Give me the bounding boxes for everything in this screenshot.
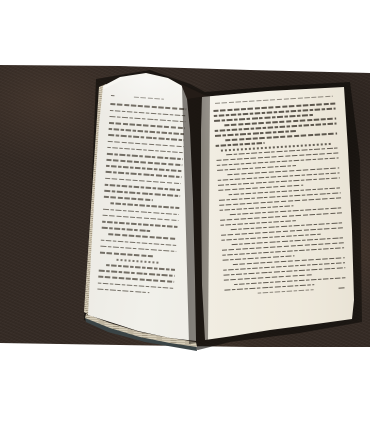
text-line [106, 264, 175, 271]
paragraph [102, 202, 180, 234]
text-line [98, 276, 174, 283]
text-line [101, 239, 177, 246]
text-line [103, 208, 179, 215]
text-line [98, 282, 174, 289]
text-line [109, 116, 185, 123]
paragraph [104, 103, 186, 203]
text-line [109, 128, 185, 135]
right-page-text [213, 96, 347, 296]
paragraph [97, 264, 175, 296]
text-line [108, 233, 177, 240]
photo-frame [0, 0, 370, 423]
text-line [110, 203, 179, 210]
section-heading-line [117, 259, 159, 264]
text-line [103, 214, 179, 221]
text-line [97, 288, 149, 293]
page-number-mark [111, 95, 116, 97]
text-line [106, 171, 182, 178]
text-line [104, 190, 180, 197]
text-line [105, 177, 181, 184]
text-line [100, 252, 153, 257]
text-line [99, 270, 175, 277]
text-line [109, 122, 185, 129]
text-line [104, 196, 153, 201]
paragraph [100, 233, 177, 259]
text-line [107, 147, 183, 154]
text-line [108, 134, 184, 141]
text-line [102, 221, 178, 228]
text-line [106, 165, 182, 172]
text-line [110, 103, 186, 110]
text-line [107, 153, 183, 160]
text-line [102, 227, 151, 232]
text-line [110, 110, 186, 117]
text-line [105, 184, 181, 191]
text-line [106, 159, 182, 166]
text-line [100, 245, 176, 252]
text-line [216, 142, 265, 146]
text-line [108, 140, 184, 147]
left-page-text [97, 95, 187, 300]
